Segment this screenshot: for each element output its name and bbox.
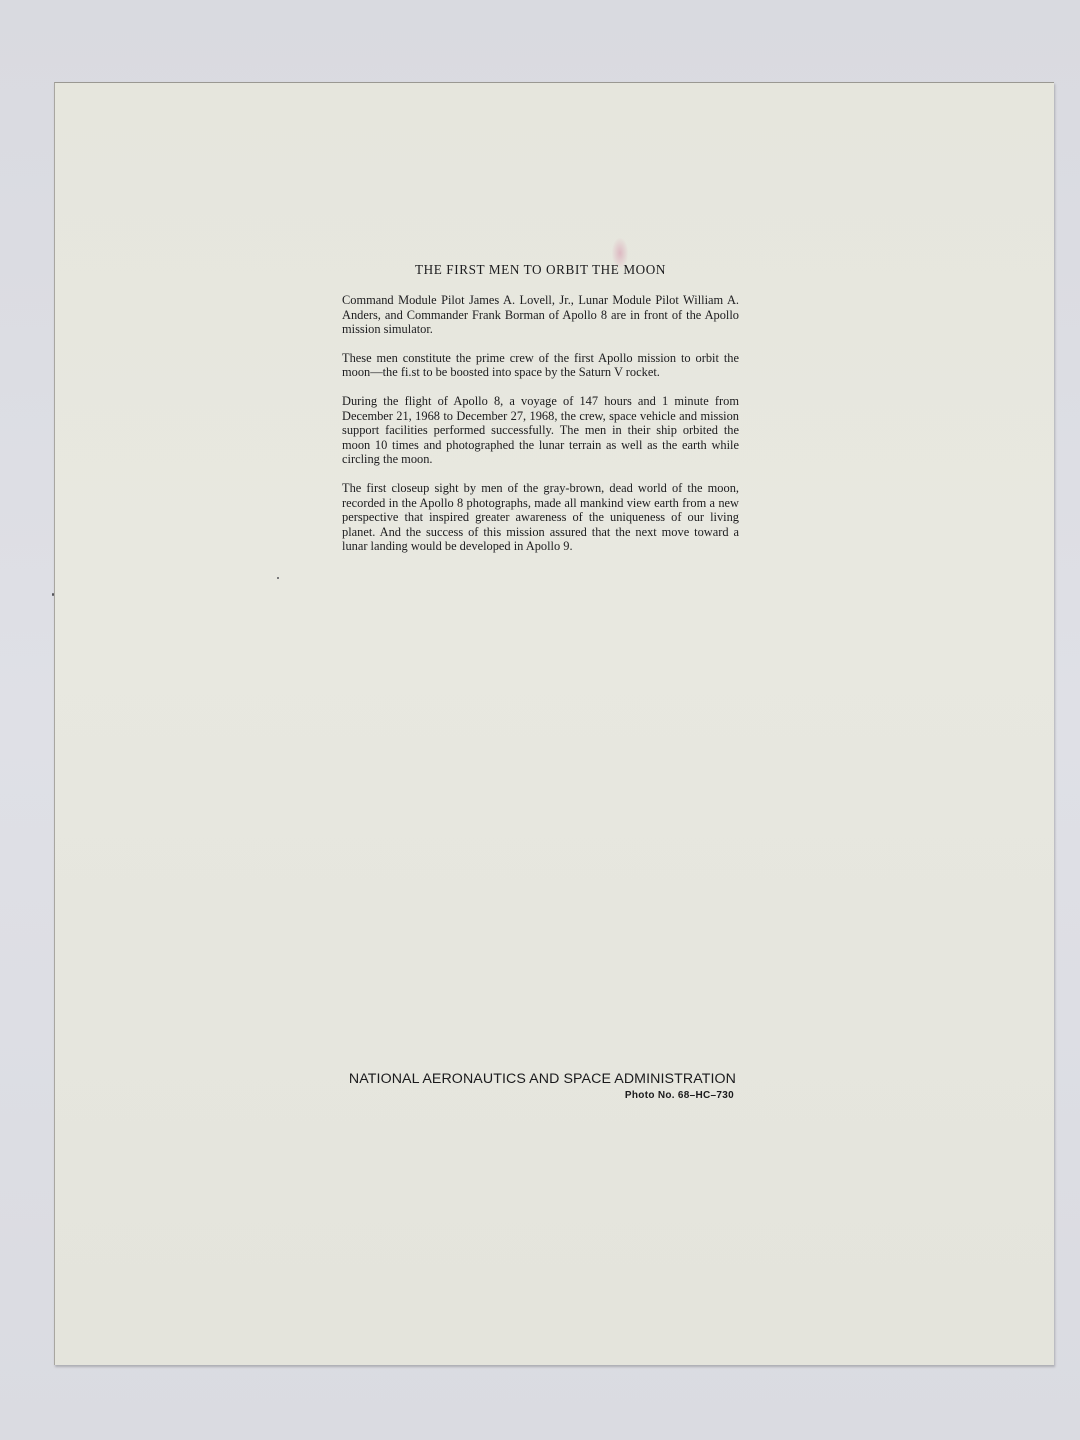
agency-name: NATIONAL AERONAUTICS AND SPACE ADMINISTR… — [334, 1071, 736, 1087]
paragraph-crew: Command Module Pilot James A. Lovell, Jr… — [342, 293, 739, 337]
dust-speck — [52, 593, 54, 596]
paragraph-closeup: The first closeup sight by men of the gr… — [342, 481, 739, 554]
paragraph-flight: During the flight of Apollo 8, a voyage … — [342, 394, 739, 467]
footer: NATIONAL AERONAUTICS AND SPACE ADMINISTR… — [334, 1071, 736, 1101]
paragraph-prime-crew: These men constitute the prime crew of t… — [342, 351, 739, 380]
caption-block: THE FIRST MEN TO ORBIT THE MOON Command … — [342, 262, 739, 568]
photo-number: Photo No. 68–HC–730 — [334, 1090, 736, 1101]
document-title: THE FIRST MEN TO ORBIT THE MOON — [342, 262, 739, 278]
dust-speck — [277, 577, 279, 579]
